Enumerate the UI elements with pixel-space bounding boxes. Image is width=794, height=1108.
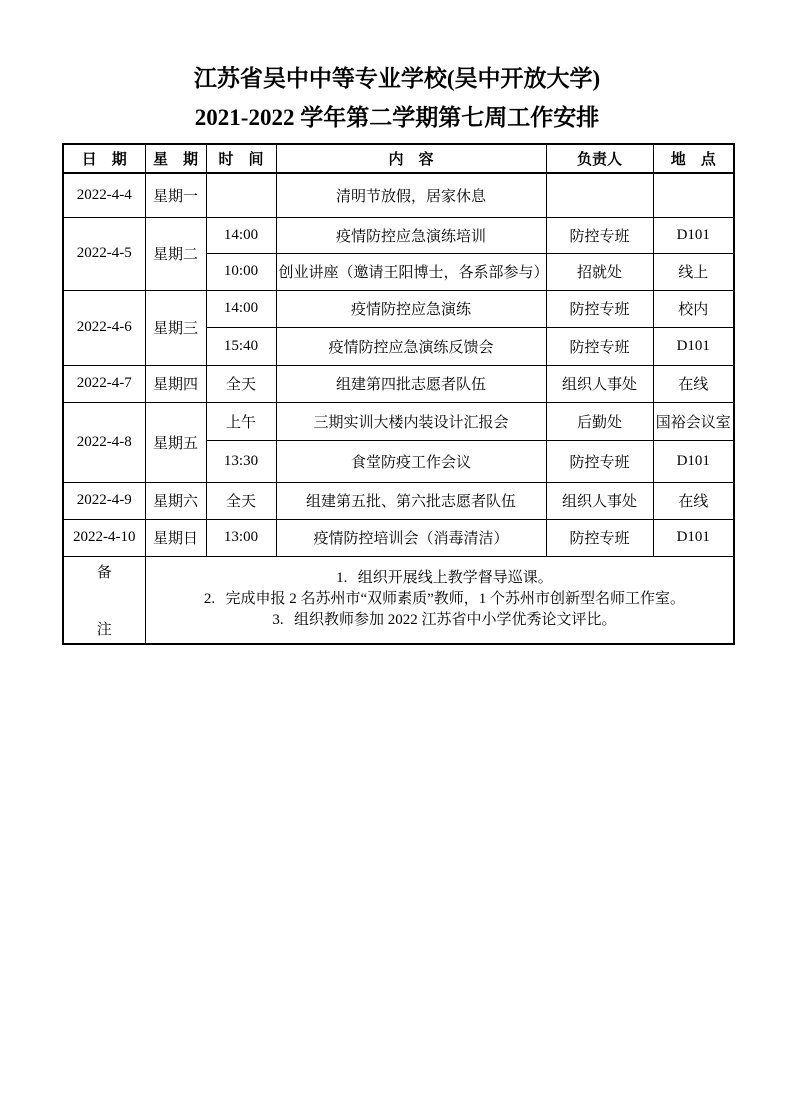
remark-item-number: 2.	[193, 589, 225, 610]
schedule-row: 2022-4-9星期六全天组建第五批、第六批志愿者队伍组织人事处在线	[63, 482, 734, 519]
weekly-schedule-table: 日 期 星 期 时 间 内 容 负责人 地 点 2022-4-4星期一清明节放假…	[62, 143, 735, 645]
remark-item-number: 3.	[262, 610, 294, 631]
weekday-cell: 星期二	[145, 217, 206, 290]
schedule-body: 2022-4-4星期一清明节放假，居家休息2022-4-5星期二14:00疫情防…	[63, 173, 734, 556]
remarks-label-bottom: 注	[97, 618, 112, 639]
location-cell: D101	[653, 327, 734, 365]
weekday-cell: 星期三	[145, 290, 206, 365]
location-cell: 国裕会议室	[653, 402, 734, 440]
date-cell: 2022-4-8	[63, 402, 145, 482]
content-cell: 清明节放假，居家休息	[276, 173, 546, 217]
remark-item-text: 完成申报 2 名苏州市“双师素质”教师，1 个苏州市创新型名师工作室。	[225, 591, 685, 607]
time-cell	[206, 173, 276, 217]
location-cell: D101	[653, 217, 734, 253]
time-cell: 13:00	[206, 519, 276, 556]
remark-item-number: 1.	[326, 568, 358, 589]
content-cell: 创业讲座（邀请王阳博士，各系部参与）	[276, 253, 546, 290]
remarks-row: 备 注 1.组织开展线上教学督导巡课。 2.完成申报 2 名苏州市“双师素质”教…	[63, 556, 734, 644]
schedule-row: 2022-4-10星期日13:00疫情防控培训会（消毒清洁）防控专班D101	[63, 519, 734, 556]
time-cell: 全天	[206, 365, 276, 402]
time-cell: 14:00	[206, 290, 276, 327]
weekday-cell: 星期一	[145, 173, 206, 217]
date-cell: 2022-4-9	[63, 482, 145, 519]
date-cell: 2022-4-6	[63, 290, 145, 365]
schedule-header-row: 日 期 星 期 时 间 内 容 负责人 地 点	[63, 144, 734, 173]
col-header-content: 内 容	[276, 144, 546, 173]
time-cell: 全天	[206, 482, 276, 519]
remarks-label: 备 注	[66, 557, 143, 643]
responsible-cell: 防控专班	[546, 327, 653, 365]
content-cell: 疫情防控应急演练	[276, 290, 546, 327]
remarks-notes-cell: 1.组织开展线上教学督导巡课。 2.完成申报 2 名苏州市“双师素质”教师，1 …	[145, 556, 734, 644]
content-cell: 组建第四批志愿者队伍	[276, 365, 546, 402]
date-cell: 2022-4-4	[63, 173, 145, 217]
weekday-cell: 星期四	[145, 365, 206, 402]
time-cell: 13:30	[206, 440, 276, 482]
doc-title-line1: 江苏省吴中中等专业学校(吴中开放大学)	[0, 66, 794, 92]
responsible-cell: 招就处	[546, 253, 653, 290]
date-cell: 2022-4-7	[63, 365, 145, 402]
document-titles: 江苏省吴中中等专业学校(吴中开放大学) 2021-2022 学年第二学期第七周工…	[0, 0, 794, 131]
responsible-cell: 组织人事处	[546, 482, 653, 519]
time-cell: 10:00	[206, 253, 276, 290]
weekday-cell: 星期日	[145, 519, 206, 556]
time-cell: 14:00	[206, 217, 276, 253]
remark-item-text: 组织开展线上教学督导巡课。	[358, 570, 553, 586]
responsible-cell: 后勤处	[546, 402, 653, 440]
responsible-cell: 防控专班	[546, 290, 653, 327]
doc-title-line2: 2021-2022 学年第二学期第七周工作安排	[0, 105, 794, 131]
schedule-row: 2022-4-8星期五上午三期实训大楼内装设计汇报会后勤处国裕会议室	[63, 402, 734, 440]
responsible-cell: 防控专班	[546, 440, 653, 482]
responsible-cell: 防控专班	[546, 519, 653, 556]
remarks-label-top: 备	[97, 561, 112, 582]
content-cell: 食堂防疫工作会议	[276, 440, 546, 482]
col-header-weekday: 星 期	[145, 144, 206, 173]
location-cell: 在线	[653, 482, 734, 519]
location-cell: 在线	[653, 365, 734, 402]
weekday-cell: 星期六	[145, 482, 206, 519]
schedule-row: 2022-4-7星期四全天组建第四批志愿者队伍组织人事处在线	[63, 365, 734, 402]
schedule-row: 2022-4-6星期三14:00疫情防控应急演练防控专班校内	[63, 290, 734, 327]
col-header-responsible: 负责人	[546, 144, 653, 173]
content-cell: 疫情防控应急演练培训	[276, 217, 546, 253]
location-cell: D101	[653, 440, 734, 482]
content-cell: 疫情防控培训会（消毒清洁）	[276, 519, 546, 556]
location-cell	[653, 173, 734, 217]
content-cell: 三期实训大楼内装设计汇报会	[276, 402, 546, 440]
remark-item: 3.组织教师参加 2022 江苏省中小学优秀论文评比。	[148, 610, 732, 631]
schedule-header: 日 期 星 期 时 间 内 容 负责人 地 点	[63, 144, 734, 173]
time-cell: 上午	[206, 402, 276, 440]
location-cell: 校内	[653, 290, 734, 327]
remark-item: 1.组织开展线上教学督导巡课。	[148, 568, 732, 589]
col-header-date: 日 期	[63, 144, 145, 173]
content-cell: 疫情防控应急演练反馈会	[276, 327, 546, 365]
remarks-label-cell: 备 注	[63, 556, 145, 644]
remarks-section: 备 注 1.组织开展线上教学督导巡课。 2.完成申报 2 名苏州市“双师素质”教…	[63, 556, 734, 644]
schedule-row: 2022-4-5星期二14:00疫情防控应急演练培训防控专班D101	[63, 217, 734, 253]
remark-item-text: 组织教师参加 2022 江苏省中小学优秀论文评比。	[294, 612, 617, 628]
content-cell: 组建第五批、第六批志愿者队伍	[276, 482, 546, 519]
time-cell: 15:40	[206, 327, 276, 365]
col-header-time: 时 间	[206, 144, 276, 173]
responsible-cell	[546, 173, 653, 217]
schedule-row: 2022-4-4星期一清明节放假，居家休息	[63, 173, 734, 217]
col-header-location: 地 点	[653, 144, 734, 173]
responsible-cell: 组织人事处	[546, 365, 653, 402]
weekday-cell: 星期五	[145, 402, 206, 482]
location-cell: D101	[653, 519, 734, 556]
date-cell: 2022-4-10	[63, 519, 145, 556]
date-cell: 2022-4-5	[63, 217, 145, 290]
remark-item: 2.完成申报 2 名苏州市“双师素质”教师，1 个苏州市创新型名师工作室。	[148, 589, 732, 610]
document-page: 江苏省吴中中等专业学校(吴中开放大学) 2021-2022 学年第二学期第七周工…	[0, 0, 794, 1108]
responsible-cell: 防控专班	[546, 217, 653, 253]
location-cell: 线上	[653, 253, 734, 290]
